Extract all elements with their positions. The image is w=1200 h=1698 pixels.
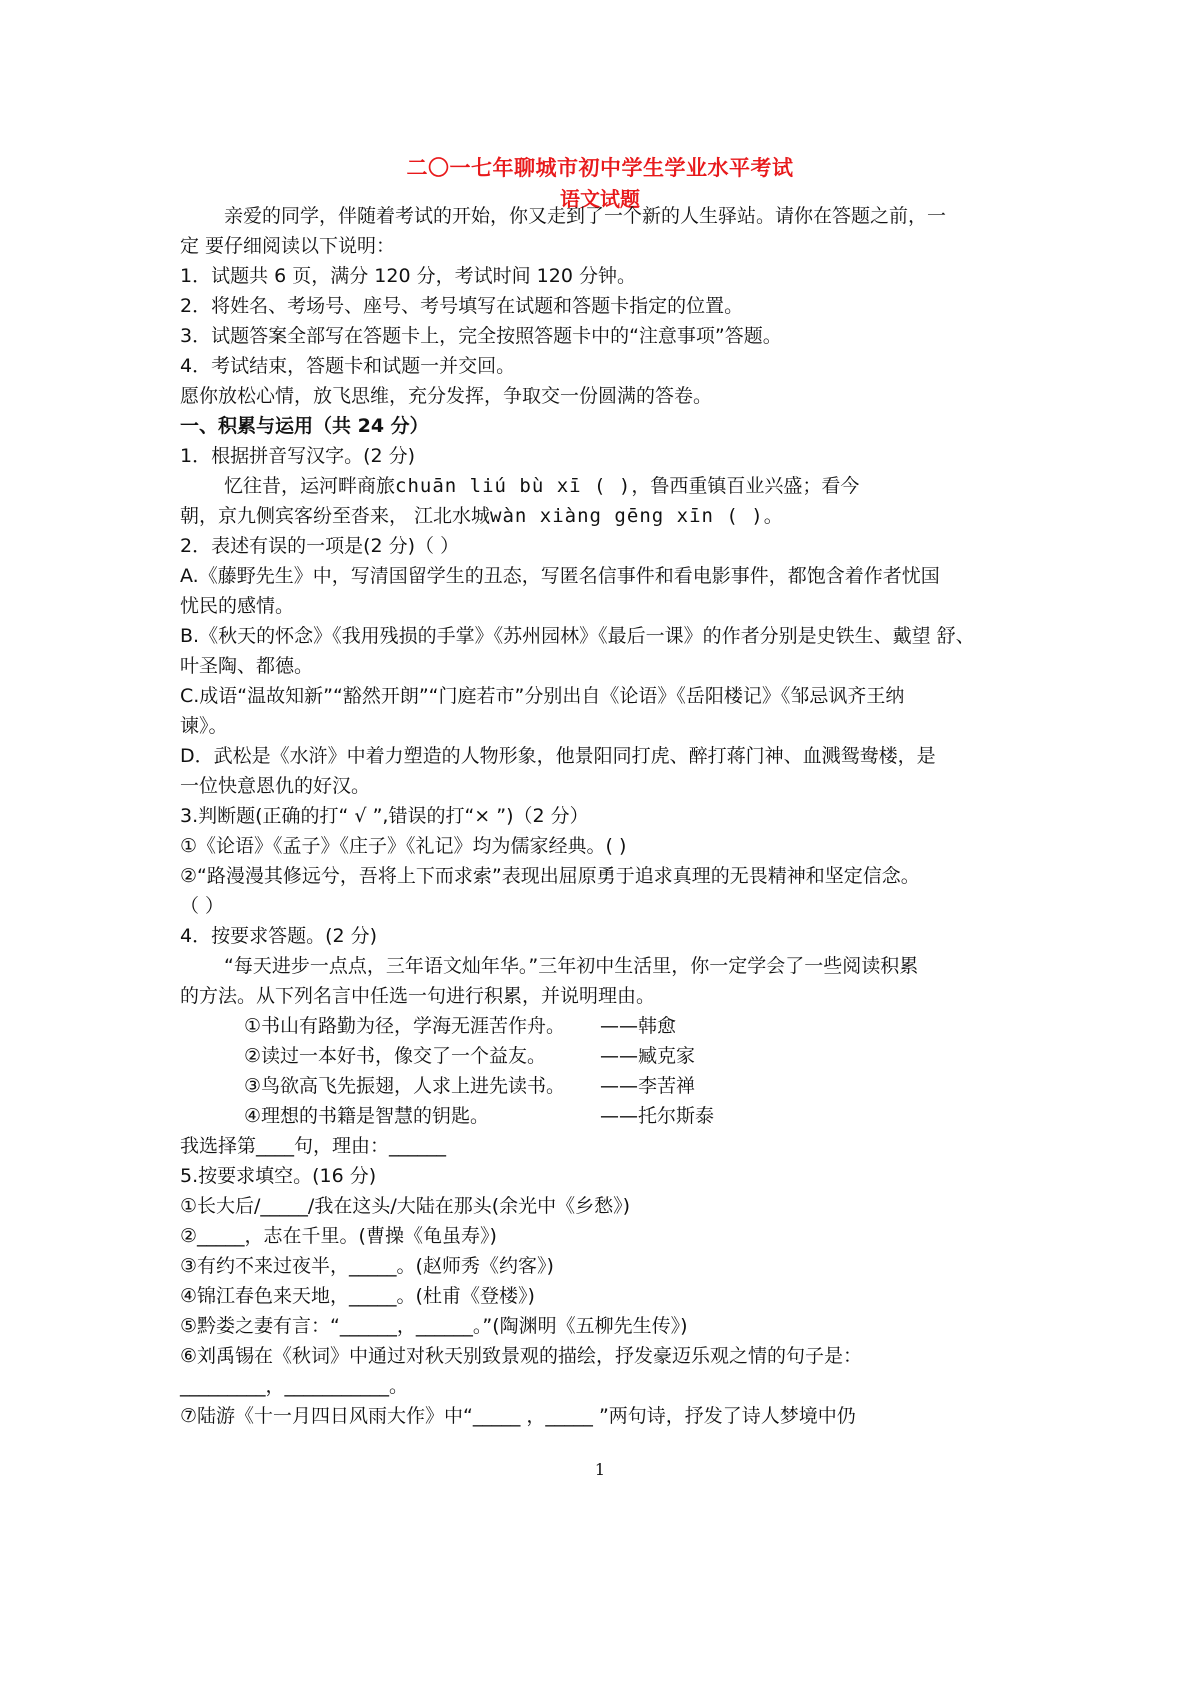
wish-line: 愿你放松心情，放飞思维，充分发挥，争取交一份圆满的答卷。 bbox=[180, 384, 1040, 408]
rule-3: 3．试题答案全部写在答题卡上，完全按照答题卡中的“注意事项”答题。 bbox=[180, 324, 1040, 348]
rule-1: 1．试题共 6 页，满分 120 分，考试时间 120 分钟。 bbox=[180, 264, 1040, 288]
intro-line-2: 定 要仔细阅读以下说明： bbox=[180, 234, 1040, 258]
q1-text-b: ，鲁西重镇百业兴盛；看今 bbox=[631, 475, 859, 497]
exam-page: 二〇一七年聊城市初中学生学业水平考试 语文试题 亲爱的同学，伴随着考试的开始，你… bbox=[0, 0, 1200, 1698]
page-number: 1 bbox=[0, 1460, 1200, 1479]
q1-text-c: 朝，京九侧宾客纷至沓来， 江北水城 bbox=[180, 505, 490, 527]
q3-prompt: 3.判断题(正确的打“ √ ”,错误的打“× ”)（2 分） bbox=[180, 804, 1040, 828]
q2-option-a-cont: 忧民的感情。 bbox=[180, 594, 1040, 618]
quote-3-author: ——李苦禅 bbox=[600, 1074, 695, 1098]
q5-prompt: 5.按要求填空。(16 分) bbox=[180, 1164, 1040, 1188]
q2-option-a: A.《藤野先生》中，写清国留学生的丑态，写匿名信事件和看电影事件，都饱含着作者忧… bbox=[180, 564, 1040, 588]
q1-pinyin-2: wàn xiàng gēng xīn ( ) bbox=[490, 505, 764, 527]
q1-prompt: 1．根据拼音写汉字。(2 分) bbox=[180, 444, 1040, 468]
q5-item-6: ⑥刘禹锡在《秋词》中通过对秋天别致景观的描绘，抒发豪迈乐观之情的句子是： bbox=[180, 1344, 1040, 1368]
q1-line-1: 忆往昔，运河畔商旅chuān liú bù xī ( )，鲁西重镇百业兴盛；看今 bbox=[180, 474, 1084, 498]
rule-4: 4．考试结束，答题卡和试题一并交回。 bbox=[180, 354, 1040, 378]
q2-option-c-cont: 谏》。 bbox=[180, 714, 1040, 738]
q5-item-5: ⑤黔娄之妻有言：“______，______。”(陶渊明《五柳先生传》) bbox=[180, 1314, 1040, 1338]
q1-text-d: 。 bbox=[764, 505, 783, 527]
q3-item-2: ②“路漫漫其修远兮，吾将上下而求索”表现出屈原勇于追求真理的无畏精神和坚定信念。 bbox=[180, 864, 1040, 888]
q3-item-2-blank: （ ） bbox=[180, 894, 1040, 918]
q5-item-1: ①长大后/_____/我在这头/大陆在那头(余光中《乡愁》) bbox=[180, 1194, 1040, 1218]
q5-item-3: ③有约不来过夜半，_____。(赵师秀《约客》) bbox=[180, 1254, 1040, 1278]
q4-para-1: “每天进步一点点，三年语文灿年华。”三年初中生活里，你一定学会了一些阅读积累 bbox=[180, 954, 1084, 978]
q1-pinyin-1: chuān liú bù xī ( ) bbox=[395, 475, 631, 497]
q1-line-2: 朝，京九侧宾客纷至沓来， 江北水城wàn xiàng gēng xīn ( )。 bbox=[180, 504, 1040, 528]
quote-1-author: ——韩愈 bbox=[600, 1014, 676, 1038]
q2-option-c: C.成语“温故知新”“豁然开朗”“门庭若市”分别出自《论语》《岳阳楼记》《邹忌讽… bbox=[180, 684, 1040, 708]
q2-option-b-cont: 叶圣陶、都德。 bbox=[180, 654, 1040, 678]
q2-prompt: 2．表述有误的一项是(2 分)（ ） bbox=[180, 534, 1040, 558]
quote-4-author: ——托尔斯泰 bbox=[600, 1104, 714, 1128]
rule-2: 2．将姓名、考场号、座号、考号填写在试题和答题卡指定的位置。 bbox=[180, 294, 1040, 318]
q3-item-1: ①《论语》《孟子》《庄子》《礼记》均为儒家经典。( ) bbox=[180, 834, 1040, 858]
q4-prompt: 4．按要求答题。(2 分) bbox=[180, 924, 1040, 948]
q5-item-7: ⑦陆游《十一月四日风雨大作》中“_____ ，_____ ”两句诗，抒发了诗人梦… bbox=[180, 1404, 1040, 1428]
q2-option-b: B.《秋天的怀念》《我用残损的手掌》《苏州园林》《最后一课》的作者分别是史铁生、… bbox=[180, 624, 1040, 648]
q5-item-4: ④锦江春色来天地，_____。(杜甫《登楼》) bbox=[180, 1284, 1040, 1308]
q2-option-d-cont: 一位快意恩仇的好汉。 bbox=[180, 774, 1040, 798]
quote-2-author: ——臧克家 bbox=[600, 1044, 695, 1068]
intro-line-1: 亲爱的同学，伴随着考试的开始，你又走到了一个新的人生驿站。请你在答题之前，一 bbox=[180, 204, 1084, 228]
section-heading: 一、积累与运用（共 24 分） bbox=[180, 414, 1040, 438]
q5-item-2: ②_____，志在千里。(曹操《龟虽寿》) bbox=[180, 1224, 1040, 1248]
q4-para-2: 的方法。从下列名言中任选一句进行积累，并说明理由。 bbox=[180, 984, 1040, 1008]
exam-title: 二〇一七年聊城市初中学生学业水平考试 bbox=[0, 152, 1200, 182]
q4-answer-line: 我选择第____句，理由：______ bbox=[180, 1134, 1040, 1158]
q2-option-d: D．武松是《水浒》中着力塑造的人物形象，他景阳同打虎、醉打蒋门神、血溅鸳鸯楼，是 bbox=[180, 744, 1040, 768]
q5-item-6-blanks: _________，___________。 bbox=[180, 1374, 1040, 1398]
q1-text-a: 忆往昔，运河畔商旅 bbox=[224, 475, 395, 497]
